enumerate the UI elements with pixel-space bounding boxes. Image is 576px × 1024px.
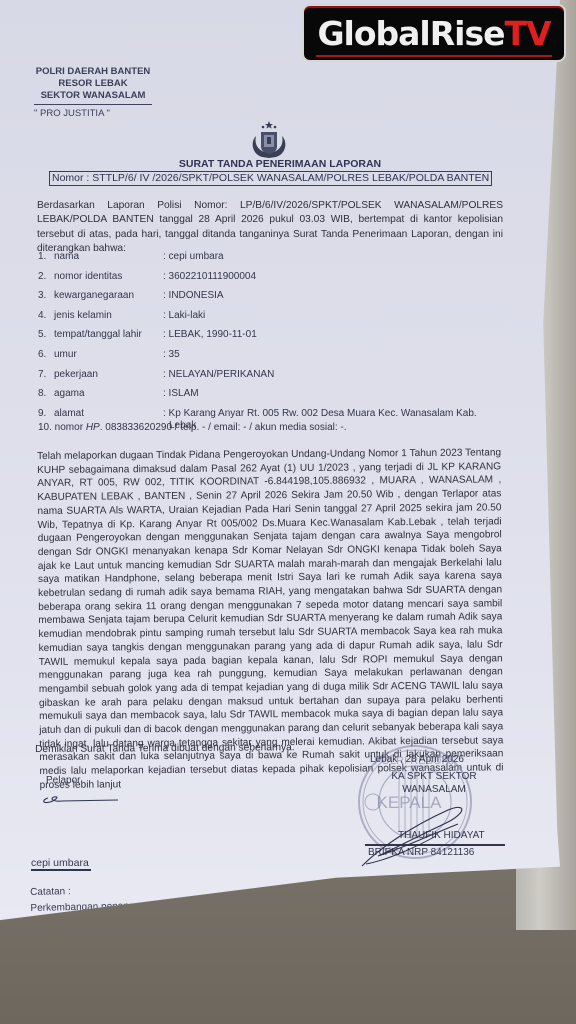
officer-signature-icon xyxy=(358,780,483,870)
field-value: : INDONESIA xyxy=(163,290,224,301)
letterhead-line3: SEKTOR WANASALAM xyxy=(28,90,158,102)
letterhead: POLRI DAERAH BANTEN RESOR LEBAK SEKTOR W… xyxy=(28,66,158,102)
field-label: pekerjaan xyxy=(54,369,98,380)
field-value: : LEBAK, 1990-11-01 xyxy=(163,329,257,340)
reporter-signature-icon xyxy=(38,790,124,806)
field-value: : Laki-laki xyxy=(163,310,205,321)
intro-paragraph: Berdasarkan Laporan Polisi Nomor: LP/B/6… xyxy=(37,199,503,256)
field-value: : 35 xyxy=(163,349,180,360)
note-label: Catatan : xyxy=(30,876,477,901)
field-label: kewarganegaraan xyxy=(54,290,134,301)
reporter-name: cepi umbara xyxy=(31,857,91,871)
field-label: nama xyxy=(54,251,79,262)
field-label: agama xyxy=(54,388,85,399)
document-title: SURAT TANDA PENERIMAAN LAPORAN xyxy=(0,158,560,170)
field-label: nomor identitas xyxy=(54,271,122,282)
reporter-label: Pelapor xyxy=(46,775,80,786)
field-label: umur xyxy=(54,349,77,360)
channel-watermark-logo: GlobalRiseTV xyxy=(302,4,566,62)
field-label: alamat xyxy=(54,408,84,419)
letterhead-line1: POLRI DAERAH BANTEN xyxy=(28,66,158,78)
document-number: Nomor : STTLP/6/ IV /2026/SPKT/POLSEK WA… xyxy=(49,171,492,186)
pro-justitia-label: " PRO JUSTITIA " xyxy=(34,108,110,119)
letterhead-divider xyxy=(34,104,152,105)
closing-statement: Demikian Surat Tanda Terima dibuat denga… xyxy=(35,740,295,758)
letterhead-line2: RESOR LEBAK xyxy=(28,78,158,90)
field-value: : ISLAM xyxy=(163,388,199,399)
field-value: : 3602210111900004 xyxy=(163,271,256,282)
field-value: : cepi umbara xyxy=(163,251,224,262)
report-document: POLRI DAERAH BANTEN RESOR LEBAK SEKTOR W… xyxy=(0,0,560,922)
field-label: tempat/tanggal lahir xyxy=(54,329,142,340)
note-section: Catatan : Perkembangan penanganan perkar… xyxy=(30,876,477,917)
field-value: : NELAYAN/PERIKANAN xyxy=(163,369,274,380)
contact-field: 10. nomor HP. 083833620290 / telp. - / e… xyxy=(38,422,347,433)
field-value: : Kp Karang Anyar Rt. 005 Rw. 002 Desa M… xyxy=(163,408,477,419)
sign-place-date: Lebak , 28 April 2026 xyxy=(370,754,464,765)
police-emblem-icon xyxy=(244,120,294,160)
field-label: jenis kelamin xyxy=(54,310,112,321)
